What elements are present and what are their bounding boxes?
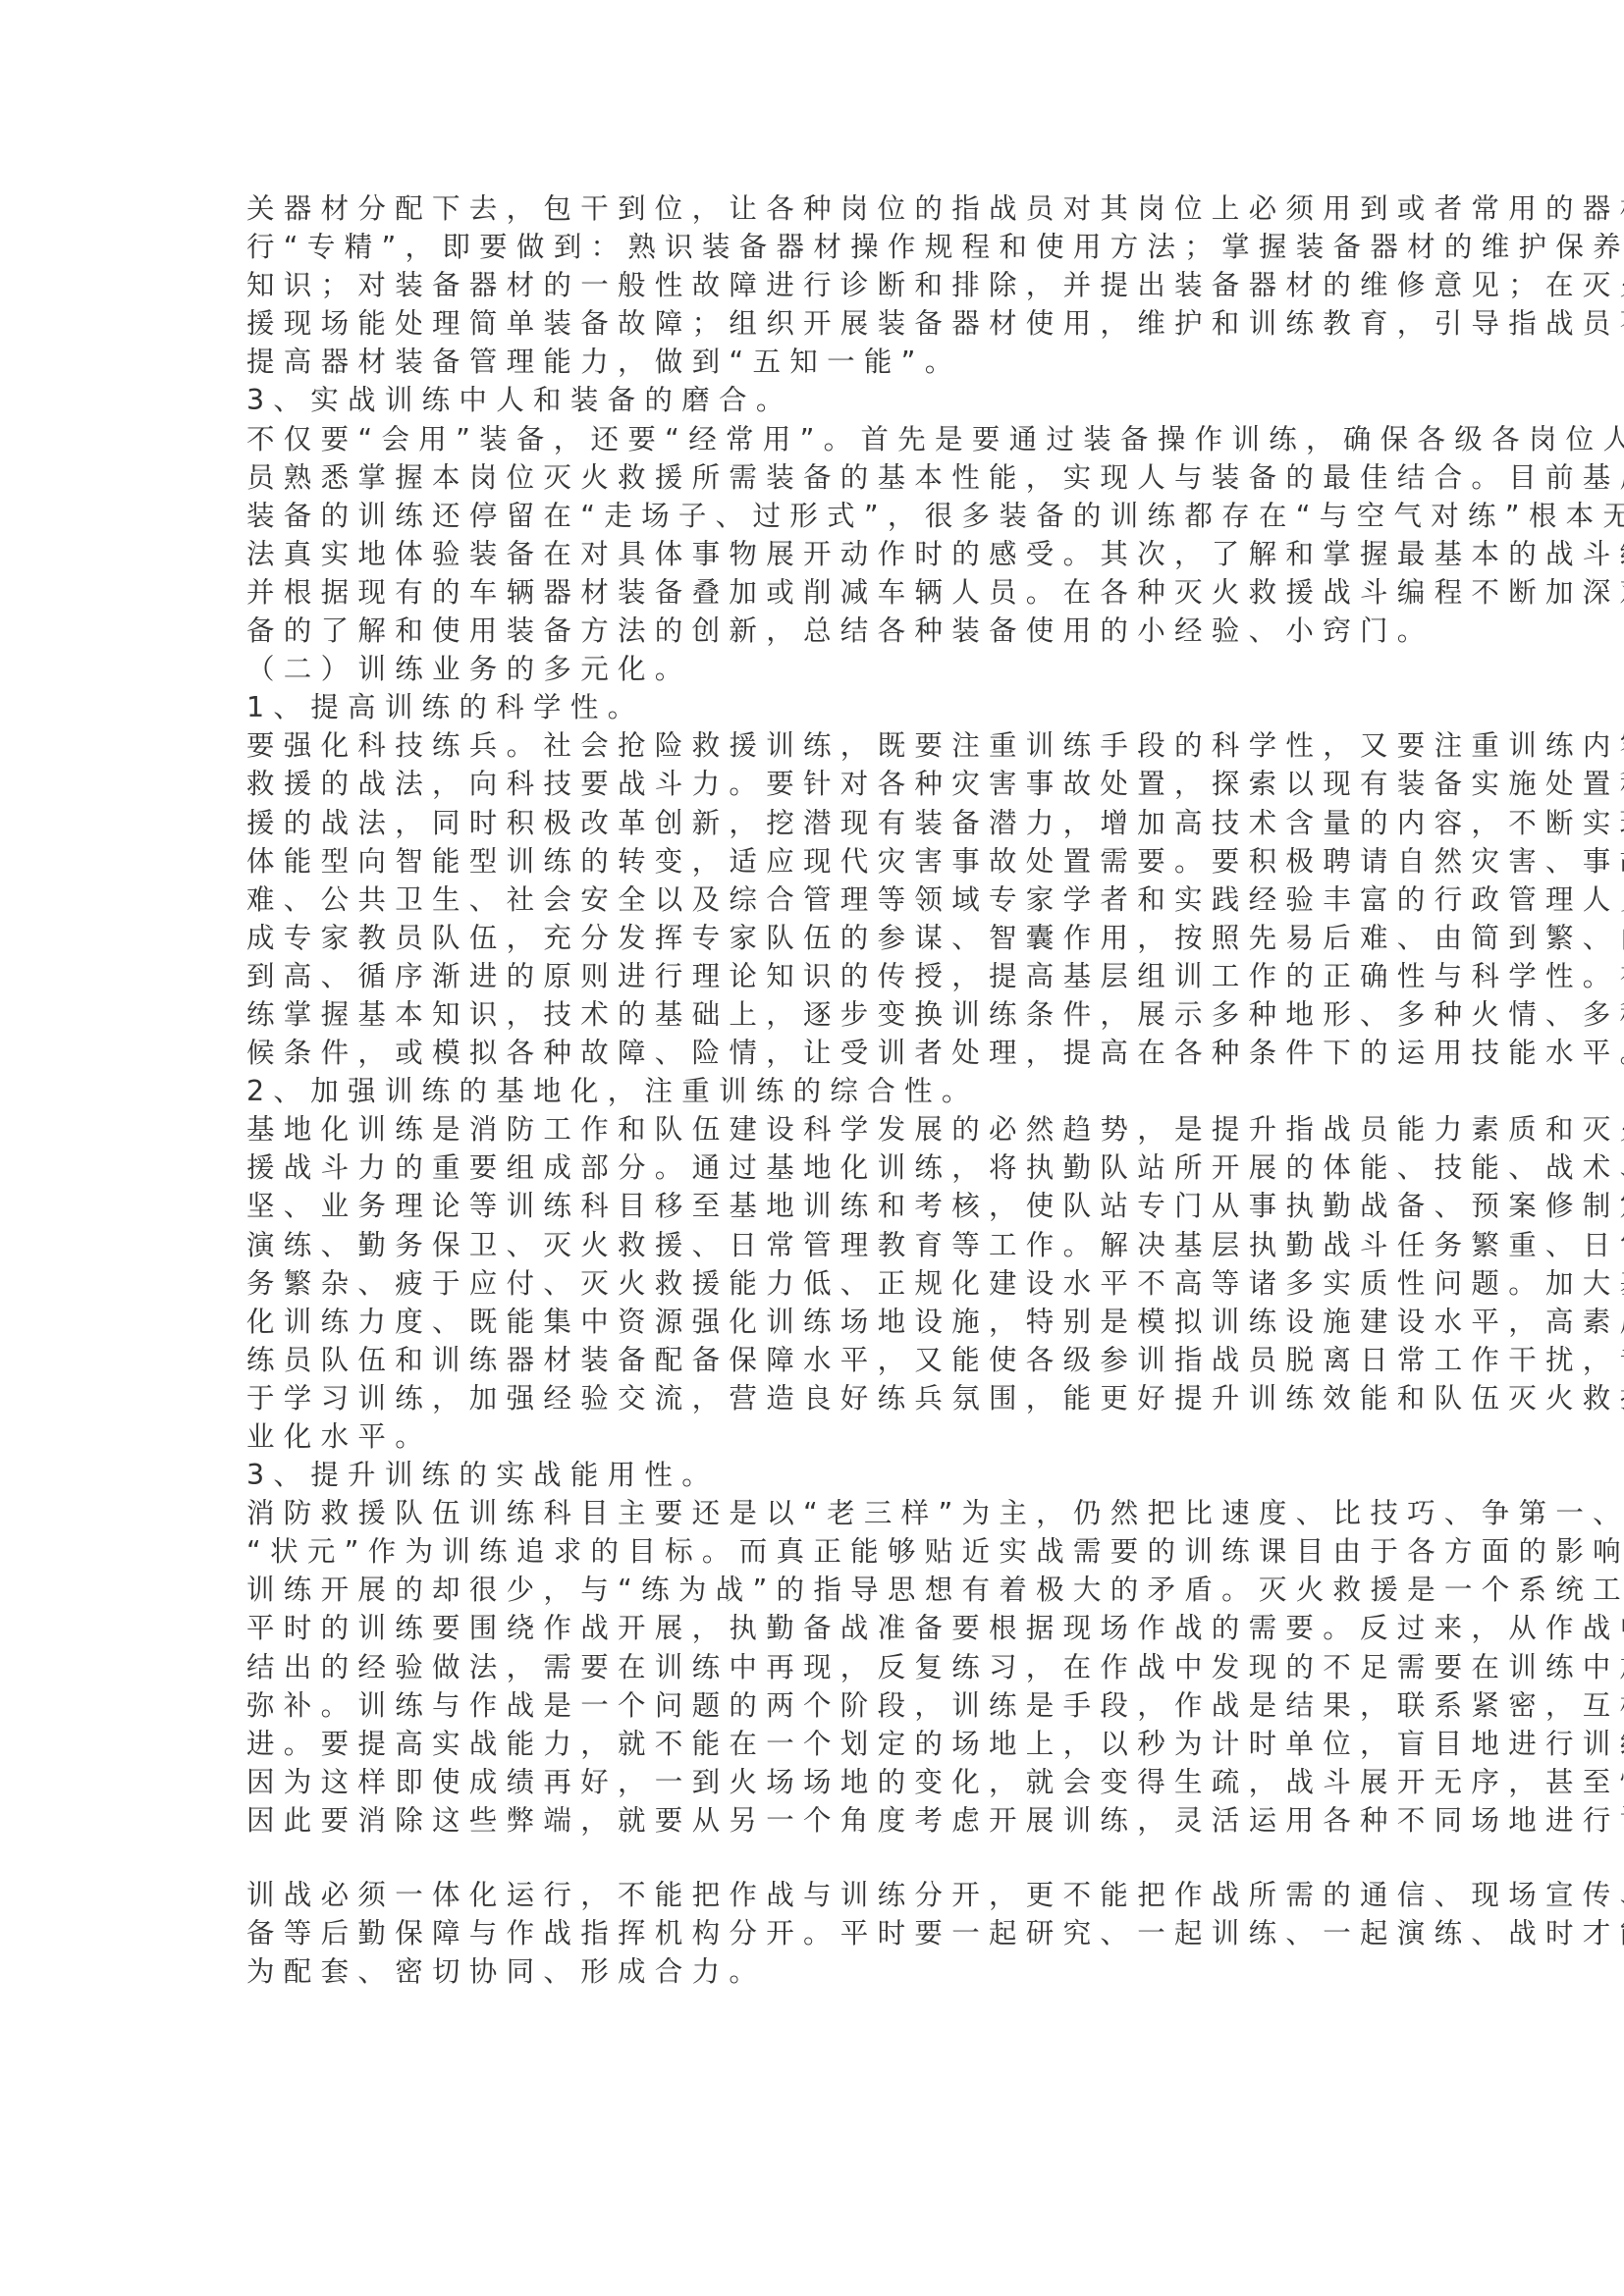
text-line: 消防救援队伍训练科目主要还是以“老三样”为主，仍然把比速度、比技巧、争第一、当	[246, 1494, 1366, 1532]
text-line: 体能型向智能型训练的转变，适应现代灾害事故处置需要。要积极聘请自然灾害、事故灾	[246, 842, 1366, 881]
text-line: 结出的经验做法，需要在训练中再现，反复练习，在作战中发现的不足需要在训练中加以	[246, 1648, 1366, 1686]
section-heading: （二）训练业务的多元化。	[246, 650, 1366, 688]
section-heading: 2、加强训练的基地化，注重训练的综合性。	[246, 1072, 1366, 1110]
text-line: 员熟悉掌握本岗位灭火救援所需装备的基本性能，实现人与装备的最佳结合。目前基层对	[246, 458, 1366, 497]
text-line: 因为这样即使成绩再好，一到火场场地的变化，就会变得生疏，战斗展开无序，甚至慌张，	[246, 1763, 1366, 1801]
section-heading: 3、实战训练中人和装备的磨合。	[246, 381, 1366, 419]
text-line: 关器材分配下去，包干到位，让各种岗位的指战员对其岗位上必须用到或者常用的器材进	[246, 189, 1366, 228]
text-line: 演练、勤务保卫、灭火救援、日常管理教育等工作。解决基层执勤战斗任务繁重、日常事	[246, 1226, 1366, 1264]
text-line: 不仅要“会用”装备，还要“经常用”。首先是要通过装备操作训练，确保各级各岗位人	[246, 420, 1366, 458]
text-line: 难、公共卫生、社会安全以及综合管理等领域专家学者和实践经验丰富的行政管理人员组	[246, 881, 1366, 919]
text-line: 业化水平。	[246, 1417, 1366, 1456]
text-line: 提高器材装备管理能力，做到“五知一能”。	[246, 343, 1366, 381]
text-line: 练员队伍和训练器材装备配备保障水平，又能使各级参训指战员脱离日常工作干扰，专心	[246, 1341, 1366, 1379]
text-line: 于学习训练，加强经验交流，营造良好练兵氛围，能更好提升训练效能和队伍灭火救援专	[246, 1379, 1366, 1417]
section-heading: 1、提高训练的科学性。	[246, 688, 1366, 726]
text-line: 法真实地体验装备在对具体事物展开动作时的感受。其次，了解和掌握最基本的战斗编程，	[246, 535, 1366, 573]
section-heading: 3、提升训练的实战能用性。	[246, 1456, 1366, 1494]
text-line: 务繁杂、疲于应付、灭火救援能力低、正规化建设水平不高等诸多实质性问题。加大基地	[246, 1264, 1366, 1303]
text-line: 知识；对装备器材的一般性故障进行诊断和排除，并提出装备器材的维修意见；在灭火救	[246, 266, 1366, 304]
text-line: 行“专精”，即要做到：熟识装备器材操作规程和使用方法；掌握装备器材的维护保养的	[246, 228, 1366, 266]
text-line: 候条件，或模拟各种故障、险情，让受训者处理，提高在各种条件下的运用技能水平。	[246, 1034, 1366, 1072]
text-line: 练掌握基本知识，技术的基础上，逐步变换训练条件，展示多种地形、多种火情、多种天	[246, 995, 1366, 1034]
text-line: 装备的训练还停留在“走场子、过形式”，很多装备的训练都存在“与空气对练”根本无	[246, 497, 1366, 535]
text-line: 救援的战法，向科技要战斗力。要针对各种灾害事故处置，探索以现有装备实施处置和救	[246, 765, 1366, 803]
text-line: 并根据现有的车辆器材装备叠加或削减车辆人员。在各种灭火救援战斗编程不断加深对装	[246, 573, 1366, 612]
text-line: 援战斗力的重要组成部分。通过基地化训练，将执勤队站所开展的体能、技能、战术、攻	[246, 1148, 1366, 1187]
text-line: 备等后勤保障与作战指挥机构分开。平时要一起研究、一起训练、一起演练、战时才能互	[246, 1914, 1366, 1952]
text-line: 要强化科技练兵。社会抢险救援训练，既要注重训练手段的科学性，又要注重训练内容和	[246, 726, 1366, 765]
text-line: 援现场能处理简单装备故障；组织开展装备器材使用，维护和训练教育，引导指战员不断	[246, 304, 1366, 343]
text-line: “状元”作为训练追求的目标。而真正能够贴近实战需要的训练课目由于各方面的影响，	[246, 1532, 1366, 1571]
text-line: 进。要提高实战能力，就不能在一个划定的场地上，以秒为计时单位，盲目地进行训练。	[246, 1725, 1366, 1763]
text-line: 基地化训练是消防工作和队伍建设科学发展的必然趋势，是提升指战员能力素质和灭火救	[246, 1110, 1366, 1148]
text-line: 为配套、密切协同、形成合力。	[246, 1952, 1366, 1991]
text-line: 训战必须一体化运行，不能把作战与训练分开，更不能把作战所需的通信、现场宣传、装	[246, 1876, 1366, 1914]
blank-line	[246, 1840, 1366, 1876]
text-line: 训练开展的却很少，与“练为战”的指导思想有着极大的矛盾。灭火救援是一个系统工程，	[246, 1571, 1366, 1609]
text-line: 成专家教员队伍，充分发挥专家队伍的参谋、智囊作用，按照先易后难、由简到繁、由低	[246, 919, 1366, 957]
text-line: 备的了解和使用装备方法的创新，总结各种装备使用的小经验、小窍门。	[246, 612, 1366, 650]
text-line: 到高、循序渐进的原则进行理论知识的传授，提高基层组训工作的正确性与科学性。在熟	[246, 957, 1366, 995]
document-page: 关器材分配下去，包干到位，让各种岗位的指战员对其岗位上必须用到或者常用的器材进 …	[246, 189, 1366, 1991]
text-line: 因此要消除这些弊端，就要从另一个角度考虑开展训练，灵活运用各种不同场地进行训练。	[246, 1801, 1366, 1840]
text-line: 平时的训练要围绕作战开展，执勤备战准备要根据现场作战的需要。反过来，从作战中总	[246, 1609, 1366, 1647]
text-line: 化训练力度、既能集中资源强化训练场地设施，特别是模拟训练设施建设水平，高素质教	[246, 1303, 1366, 1341]
text-line: 援的战法，同时积极改革创新，挖潜现有装备潜力，增加高技术含量的内容，不断实现由	[246, 804, 1366, 842]
text-line: 弥补。训练与作战是一个问题的两个阶段，训练是手段，作战是结果，联系紧密，互相促	[246, 1686, 1366, 1725]
text-line: 坚、业务理论等训练科目移至基地训练和考核，使队站专门从事执勤战备、预案修制定与	[246, 1187, 1366, 1225]
